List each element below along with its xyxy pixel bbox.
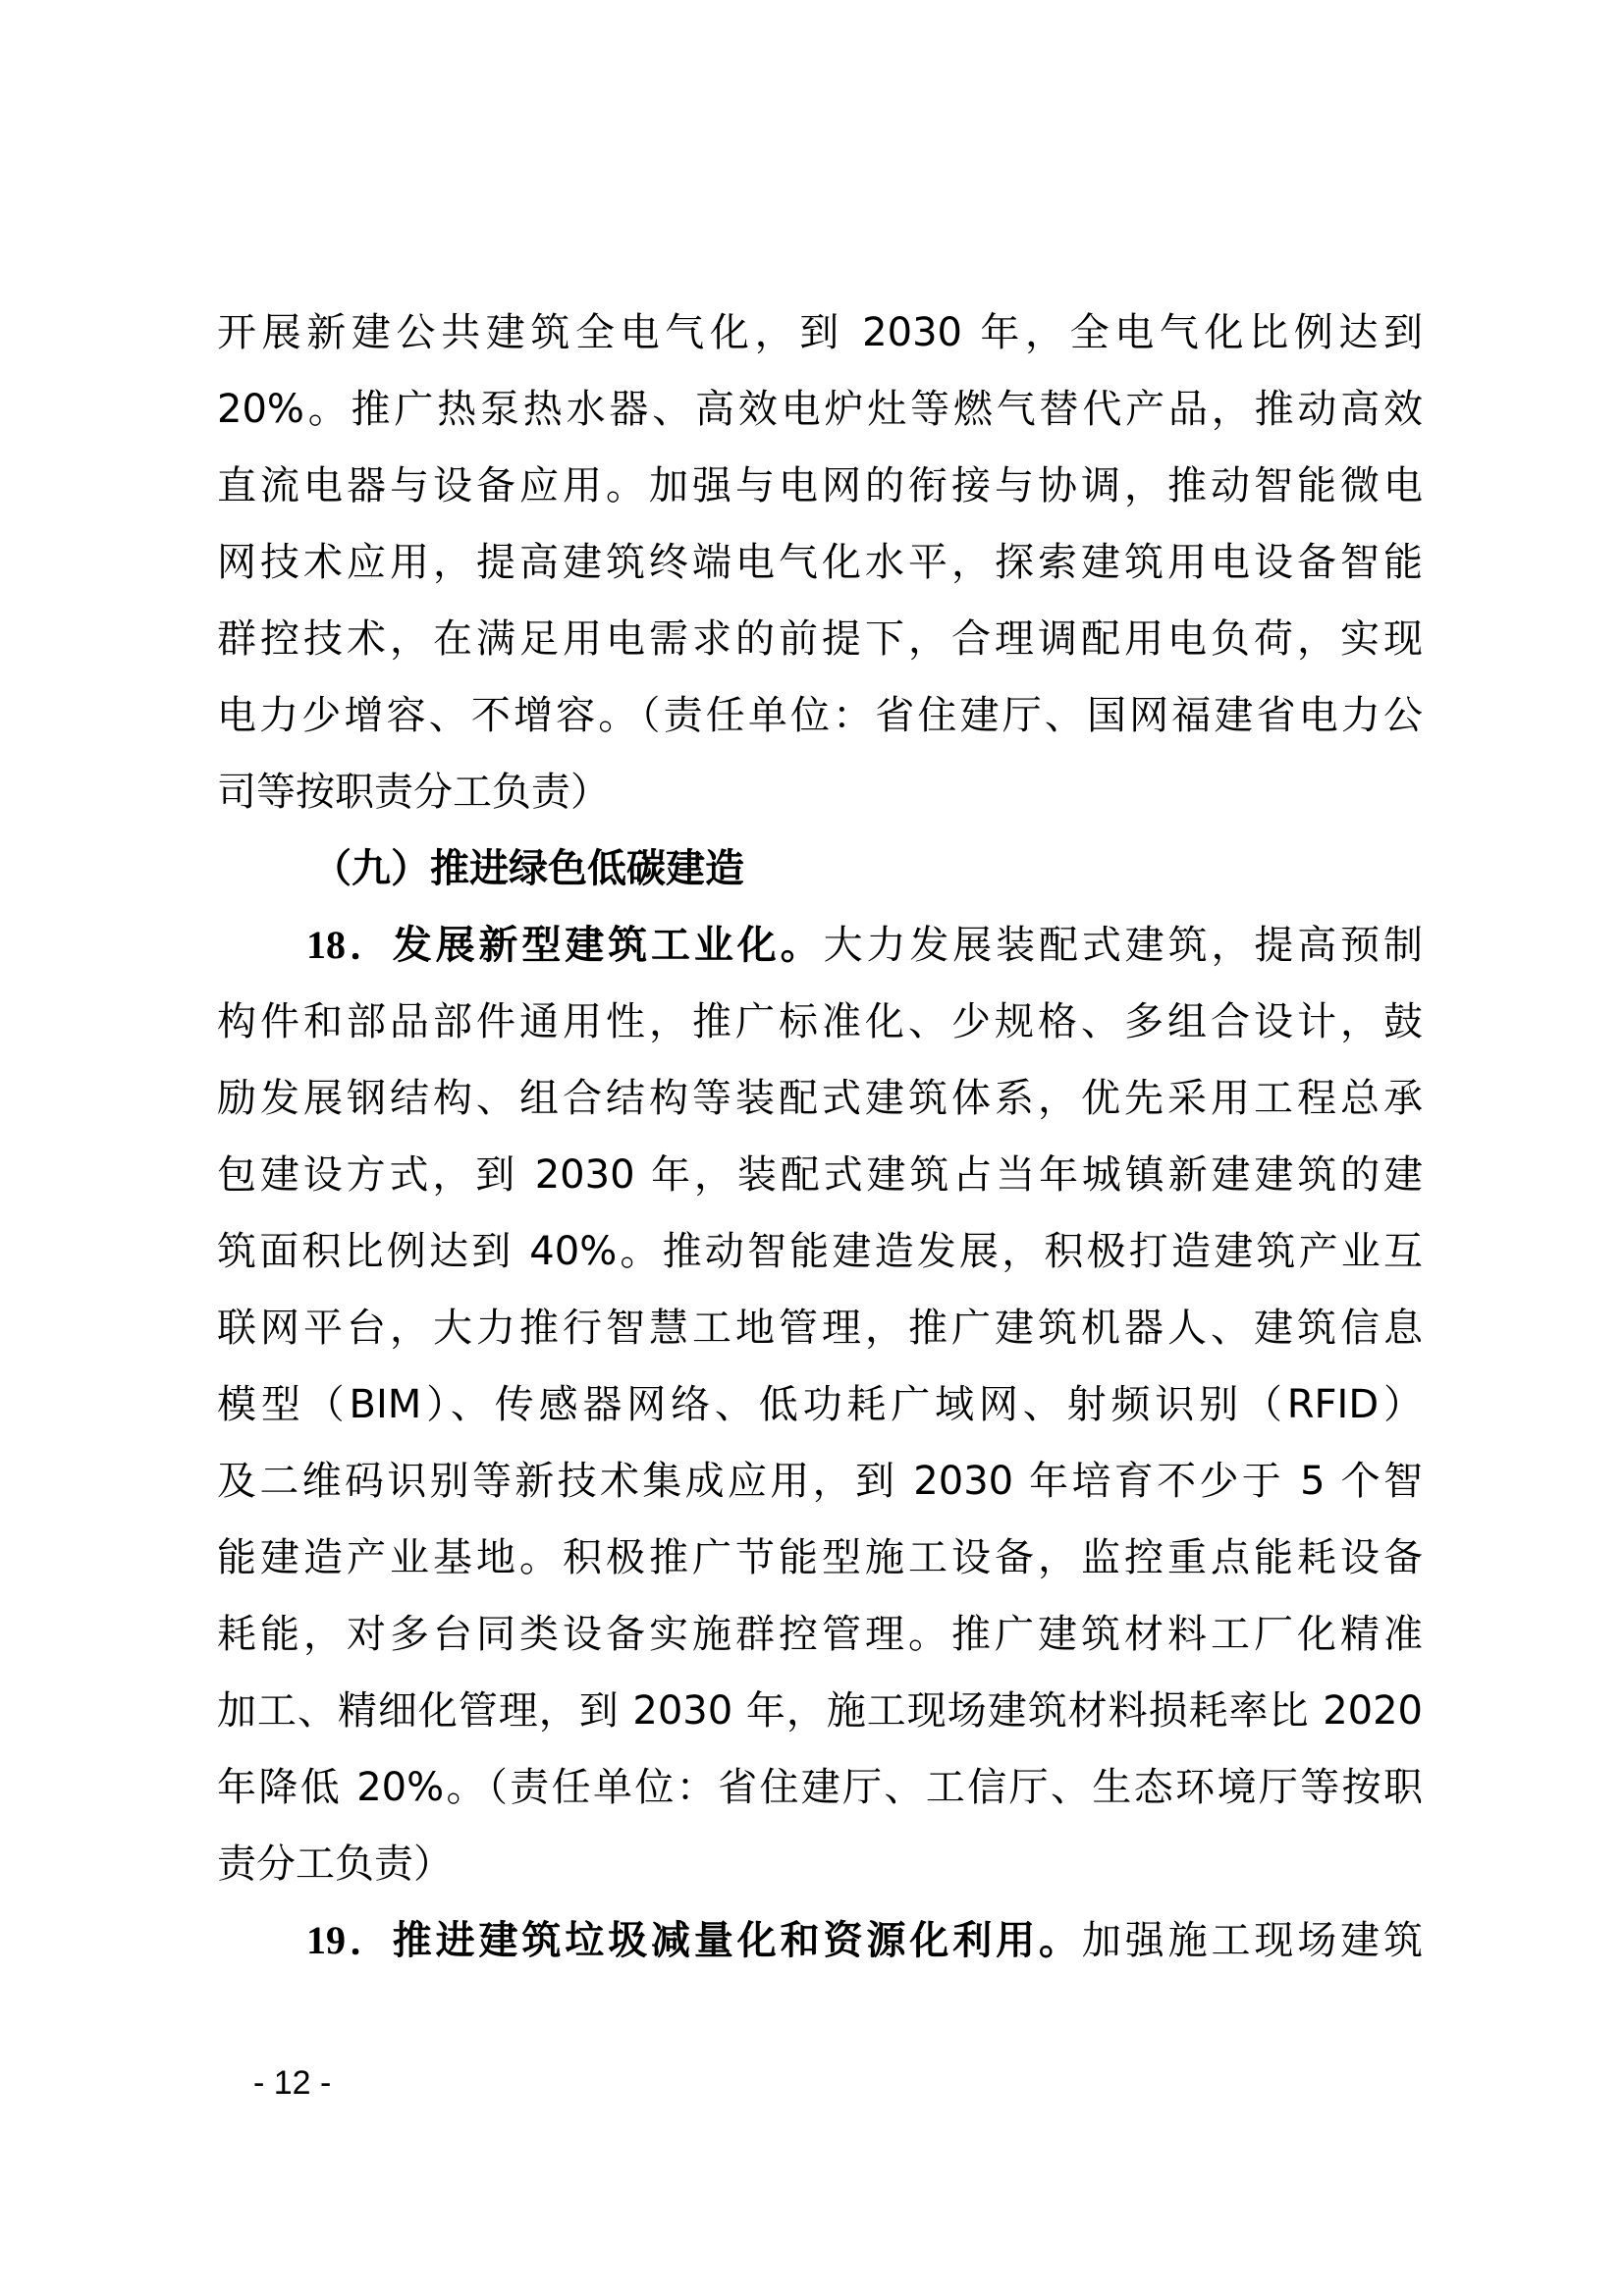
item-18-number: 18． — [306, 923, 393, 967]
paragraph-line: 及二维码识别等新技术集成应用，到 2030 年培育不少于 5 个智 — [217, 1460, 1423, 1503]
paragraph-line: 开展新建公共建筑全电气化，到 2030 年，全电气化比例达到 — [217, 311, 1423, 354]
section-heading: （九）推进绿色低碳建造 — [312, 847, 744, 890]
paragraph-line: 网技术应用，提高建筑终端电气化水平，探索建筑用电设备智能 — [217, 541, 1423, 584]
paragraph-line: 直流电器与设备应用。加强与电网的衔接与协调，推动智能微电 — [217, 464, 1423, 507]
paragraph-line: 联网平台，大力推行智慧工地管理，推广建筑机器人、建筑信息 — [217, 1307, 1423, 1350]
item-19-title: 推进建筑垃圾减量化和资源化利用。 — [393, 1918, 1082, 1963]
paragraph-line: 能建造产业基地。积极推广节能型施工设备，监控重点能耗设备 — [217, 1536, 1423, 1579]
paragraph-line: 电力少增容、不增容。（责任单位：省住建厅、国网福建省电力公 — [217, 694, 1423, 737]
paragraph-line: 耗能，对多台同类设备实施群控管理。推广建筑材料工厂化精准 — [217, 1613, 1423, 1656]
item-18-title: 发展新型建筑工业化。 — [393, 923, 824, 968]
item-18-heading: 18．发展新型建筑工业化。 — [306, 923, 824, 968]
item-19-heading: 19．推进建筑垃圾减量化和资源化利用。 — [306, 1918, 1082, 1963]
paragraph-line: 司等按职责分工负责） — [217, 771, 1423, 814]
paragraph-line: 加工、精细化管理，到 2030 年，施工现场建筑材料损耗率比 2020 — [217, 1689, 1423, 1733]
item-19-first-line: 19．推进建筑垃圾减量化和资源化利用。加强施工现场建筑 — [306, 1919, 1423, 1962]
paragraph-line: 包建设方式，到 2030 年，装配式建筑占当年城镇新建建筑的建 — [217, 1153, 1423, 1197]
item-19-number: 19． — [306, 1918, 393, 1962]
document-page: 开展新建公共建筑全电气化，到 2030 年，全电气化比例达到 20%。推广热泵热… — [0, 0, 1624, 2296]
paragraph-line: 筑面积比例达到 40%。推动智能建造发展，积极打造建筑产业互 — [217, 1230, 1423, 1273]
paragraph-line: 20%。推广热泵热水器、高效电炉灶等燃气替代产品，推动高效 — [217, 388, 1423, 431]
paragraph-line: 励发展钢结构、组合结构等装配式建筑体系，优先采用工程总承 — [217, 1077, 1423, 1120]
item-19-text: 加强施工现场建筑 — [1082, 1918, 1423, 1963]
item-18-first-line: 18．发展新型建筑工业化。大力发展装配式建筑，提高预制 — [306, 924, 1423, 967]
page-number: - 12 - — [253, 2061, 331, 2105]
paragraph-line: 群控技术，在满足用电需求的前提下，合理调配用电负荷，实现 — [217, 617, 1423, 661]
paragraph-line: 模型（BIM）、传感器网络、低功耗广域网、射频识别（RFID） — [217, 1383, 1423, 1426]
paragraph-line: 构件和部品部件通用性，推广标准化、少规格、多组合设计，鼓 — [217, 1000, 1423, 1043]
item-18-text: 大力发展装配式建筑，提高预制 — [824, 923, 1423, 968]
paragraph-line: 年降低 20%。（责任单位：省住建厅、工信厅、生态环境厅等按职 — [217, 1766, 1423, 1809]
paragraph-line: 责分工负责） — [217, 1842, 1423, 1886]
